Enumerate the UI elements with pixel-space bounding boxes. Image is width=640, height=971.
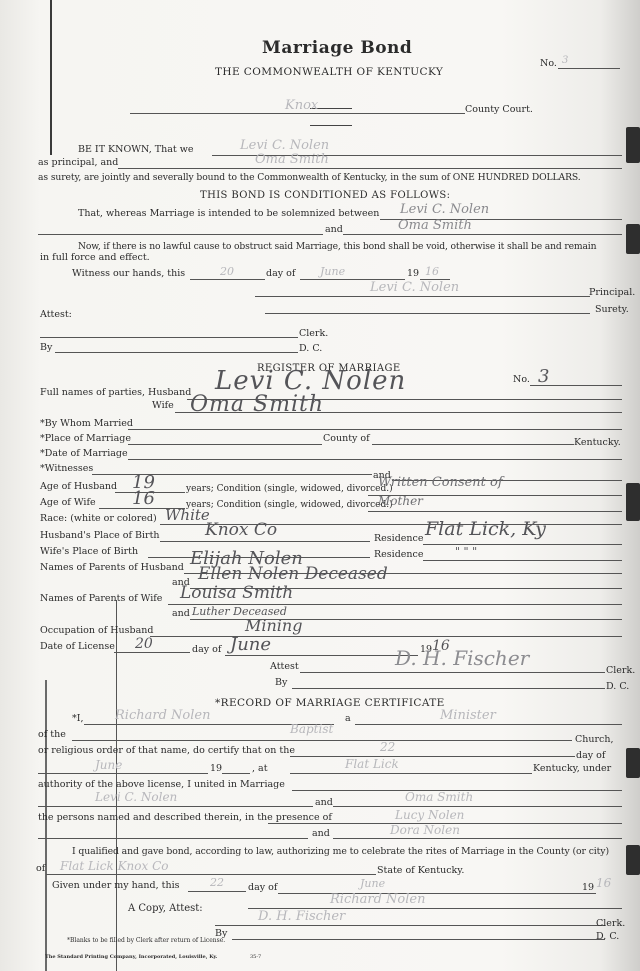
wife-birth-label: Wife's Place of Birth [40,546,138,557]
principal-signature-line [255,296,590,297]
county-of-line [372,444,574,445]
parents-wife-label: Names of Parents of Wife [40,593,162,604]
kentucky-label: Kentucky. [574,437,621,448]
minister-title: Minister [440,708,496,723]
minister-signature: Richard Nolen [330,892,425,907]
certificate-heading: *RECORD OF MARRIAGE CERTIFICATE [215,697,445,709]
license-month-line [225,655,418,656]
copy-attest-label: A Copy, Attest: [128,903,203,914]
cert-year-prefix: 19 [210,763,222,774]
condition-heading: THIS BOND IS CONDITIONED AS FOLLOWS: [200,190,450,201]
register-number-value: 3 [538,366,549,387]
whereas-text: That, whereas Marriage is intended to be… [78,208,379,219]
state-of-kentucky-label: State of Kentucky. [377,865,464,876]
copy-by-line [232,939,605,940]
license-clerk-label: Clerk. [606,665,635,676]
register-number-label: No. [513,374,530,385]
license-day-of-label: day of [192,644,221,655]
kentucky-under-label: Kentucky, under [533,763,611,774]
copy-clerk-label: Clerk. [596,918,625,929]
parents-husband-mother: Ellen Nolen Deceased [198,564,388,584]
binding-tab [626,483,640,521]
condition-wife-line [368,511,622,512]
document-subtitle: THE COMMONWEALTH OF KENTUCKY [215,66,443,78]
license-day-line [114,652,190,653]
witnesses-label: *Witnesses [40,463,93,474]
united-1-line [38,806,313,807]
surety-label: Surety. [595,304,629,315]
given-year-prefix: 19 [582,882,594,893]
surety-signature-line [265,313,590,314]
principal-name: Levi C. Nolen [240,138,329,153]
between-name-2: Oma Smith [398,218,472,233]
be-it-known-label: BE IT KNOWN, That we [78,144,193,155]
cert-place: Flat Lick [345,757,399,771]
wife-residence-line [423,560,622,561]
condition-wife-value: Mother [378,494,423,508]
condition-husband-value: Written Consent of [378,475,503,490]
qualified-county-line [46,874,376,875]
copy-clerk-signature: D. H. Fischer [258,909,345,924]
surety-statement: as surety, are jointly and severally bou… [38,172,581,183]
cert-day: 22 [380,740,395,754]
document-title: Marriage Bond [262,38,412,58]
cert-at-label: , at [252,763,268,774]
church-line [72,740,572,741]
given-day-line [188,891,246,892]
witness-day-line [190,279,265,280]
cert-i-label: *I, [72,713,84,724]
attest-label: Attest: [40,309,72,320]
printer-imprint: The Standard Printing Company, Incorpora… [45,954,217,960]
united-name-1: Levi C. Nolen [95,790,177,804]
license-attest-signature: D. H. Fischer [395,646,529,670]
occupation-label: Occupation of Husband [40,625,154,636]
year-prefix: 19 [407,268,419,279]
wife-label: Wife [152,400,174,411]
clerk-label: Clerk. [299,328,328,339]
age-wife-value: 16 [132,488,155,509]
binding-tab [626,224,640,254]
minister-title-line [355,724,622,725]
condition-wife-label: years; Condition (single, widowed, divor… [186,500,393,511]
parents-wife-mother: Louisa Smith [180,583,293,603]
license-month: June [230,634,271,655]
presence-2-line [333,838,622,839]
church-label: Church, [575,734,614,745]
and-label: and [325,224,343,235]
qualified-of-label: of [36,863,45,874]
void-clause-text-cont: in full force and effect. [40,252,150,263]
bond-number-line [558,68,620,69]
binding-tab [626,127,640,163]
qualified-text: I qualified and gave bond, according to … [72,846,609,857]
qualified-county: Flat Lick Knox Co [60,859,168,873]
minister-name: Richard Nolen [115,708,210,723]
license-attest-line [300,672,605,673]
wife-name: Oma Smith [190,392,324,417]
principal-signature: Levi C. Nolen [370,280,459,295]
cert-month: June [95,758,122,772]
condition-husband-label: years; Condition (single, widowed, divor… [186,484,393,495]
cert-year-line [222,773,250,774]
husband-birth-value: Knox Co [205,520,277,540]
age-wife-label: Age of Wife [40,497,96,508]
divider [310,125,352,126]
clerk-line [40,337,298,338]
county-value: Knox [285,98,318,113]
given-month-line [278,893,596,894]
witness-hands-label: Witness our hands, this [72,268,185,279]
age-husband-label: Age of Husband [40,481,117,492]
wife-residence-label: Residence [374,549,423,560]
cert-day-of-label: day of [576,750,605,761]
race-value: White [165,506,210,524]
between-line-left [38,234,323,235]
authority-text: authority of the above license, I united… [38,779,285,790]
license-date-label: Date of License [40,641,115,652]
marriage-bond-document: Marriage Bond THE COMMONWEALTH OF KENTUC… [0,0,640,971]
day-of-label: day of [266,268,295,279]
witness-day: 20 [220,265,234,278]
husband-residence-label: Residence [374,533,423,544]
presence-text: the persons named and described therein,… [38,812,332,823]
wife-residence-value: " " " [455,545,477,558]
given-year: 16 [596,876,611,890]
husband-residence-line [423,544,622,545]
county-line [130,113,465,114]
form-code: 35-7 [250,954,261,960]
license-day: 20 [135,636,153,652]
principal-label: Principal. [589,287,635,298]
license-attest-label: Attest [270,661,299,672]
surety-line [118,168,622,169]
dc-label: D. C. [299,343,322,354]
cert-day-line [290,756,575,757]
license-by-label: By [275,677,287,688]
by-whom-married-label: *By Whom Married [40,418,133,429]
void-clause-text: Now, if there is no lawful cause to obst… [78,241,596,252]
race-label: Race: (white or colored) [40,513,157,524]
husband-label: Full names of parties, Husband [40,387,191,398]
bond-number-value: 3 [562,55,568,66]
dc-line [55,352,298,353]
given-day-of-label: day of [248,882,277,893]
cert-a-label: a [345,713,351,724]
by-label: By [40,342,52,353]
occupation-line [150,636,622,637]
husband-residence-value: Flat Lick, Ky [425,518,546,540]
united-and-label: and [315,797,333,808]
united-2-line [333,806,622,807]
as-principal-label: as principal, and [38,157,118,168]
occupation-value: Mining [245,616,302,635]
clerk-footnote: *Blanks to be filled by Clerk after retu… [67,937,225,944]
license-dc-label: D. C. [606,681,629,692]
religious-order-text: or religious order of that name, do cert… [38,745,295,756]
cert-of-the-label: of the [38,729,66,740]
between-name-1: Levi C. Nolen [400,202,489,217]
date-of-marriage-label: *Date of Marriage [40,448,128,459]
cert-place-line [290,773,532,774]
county-court-label: County Court. [465,104,533,115]
surety-name: Oma Smith [255,152,329,167]
given-day: 22 [210,876,224,889]
place-line [128,444,322,445]
husband-birth-label: Husband's Place of Birth [40,530,160,541]
county-of-label: County of [323,433,370,444]
given-month: June [360,877,385,890]
parents-wife-and-label: and [172,608,190,619]
united-name-2: Oma Smith [405,790,473,804]
left-margin-rule [50,0,52,155]
by-whom-line [128,429,622,430]
witness-name-1: Lucy Nolen [395,808,464,822]
between-line-2 [343,234,622,235]
copy-dc-label: D. C. [596,931,619,942]
witness-name-2: Dora Nolen [390,823,460,837]
husband-birth-line [160,541,370,542]
church-value: Baptist [290,722,333,736]
witness-month: June [320,265,345,278]
date-of-marriage-line [128,459,622,460]
copy-clerk-line [215,925,605,926]
parents-husband-label: Names of Parents of Husband [40,562,184,573]
cert-month-line [38,773,208,774]
left-margin-rule-lower [45,680,47,971]
given-under-hand-label: Given under my hand, this [52,880,180,891]
binding-tab [626,748,640,778]
presence-left-line [38,838,308,839]
binding-tab [626,845,640,875]
presence-and-label: and [312,828,330,839]
place-of-marriage-label: *Place of Marriage [40,433,131,444]
license-by-line [292,688,605,689]
bond-number-label: No. [540,58,557,69]
witness-year: 16 [425,265,439,278]
